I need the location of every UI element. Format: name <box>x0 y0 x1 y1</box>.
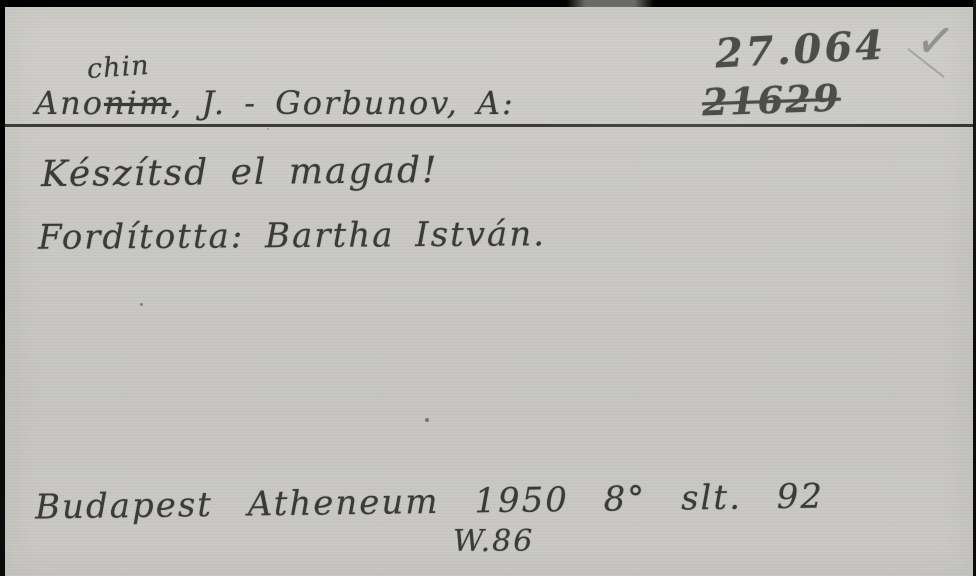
call-number: 27.064 <box>714 22 887 78</box>
author-line: Anonim, J. - Gorbunov, A: chin <box>35 84 515 122</box>
paper-speck <box>425 418 429 422</box>
author-correction-above: chin <box>86 50 151 85</box>
author-name-base: Ano <box>35 84 104 122</box>
catalog-card: ✓ 27.064 21629 Anonim, J. - Gorbunov, A:… <box>5 6 973 576</box>
imprint-line: Budapest Atheneum 1950 8° slt. 92 <box>35 476 824 527</box>
paper-speck <box>267 128 269 130</box>
scan-background: ✓ 27.064 21629 Anonim, J. - Gorbunov, A:… <box>0 0 976 576</box>
scan-edge-left <box>0 0 5 420</box>
author-name-struck: nim <box>104 84 171 122</box>
translator-line: Fordította: Bartha István. <box>38 214 546 258</box>
book-title: Készítsd el magad! <box>41 150 439 195</box>
old-call-number-struck: 21629 <box>701 76 841 125</box>
scan-edge-top <box>0 0 976 7</box>
paper-speck <box>140 303 143 306</box>
accession-note: W.86 <box>453 524 534 559</box>
author-line-rest: , J. - Gorbunov, A: <box>171 84 515 122</box>
ruled-line <box>5 124 973 127</box>
checkmark-icon: ✓ <box>912 9 958 73</box>
